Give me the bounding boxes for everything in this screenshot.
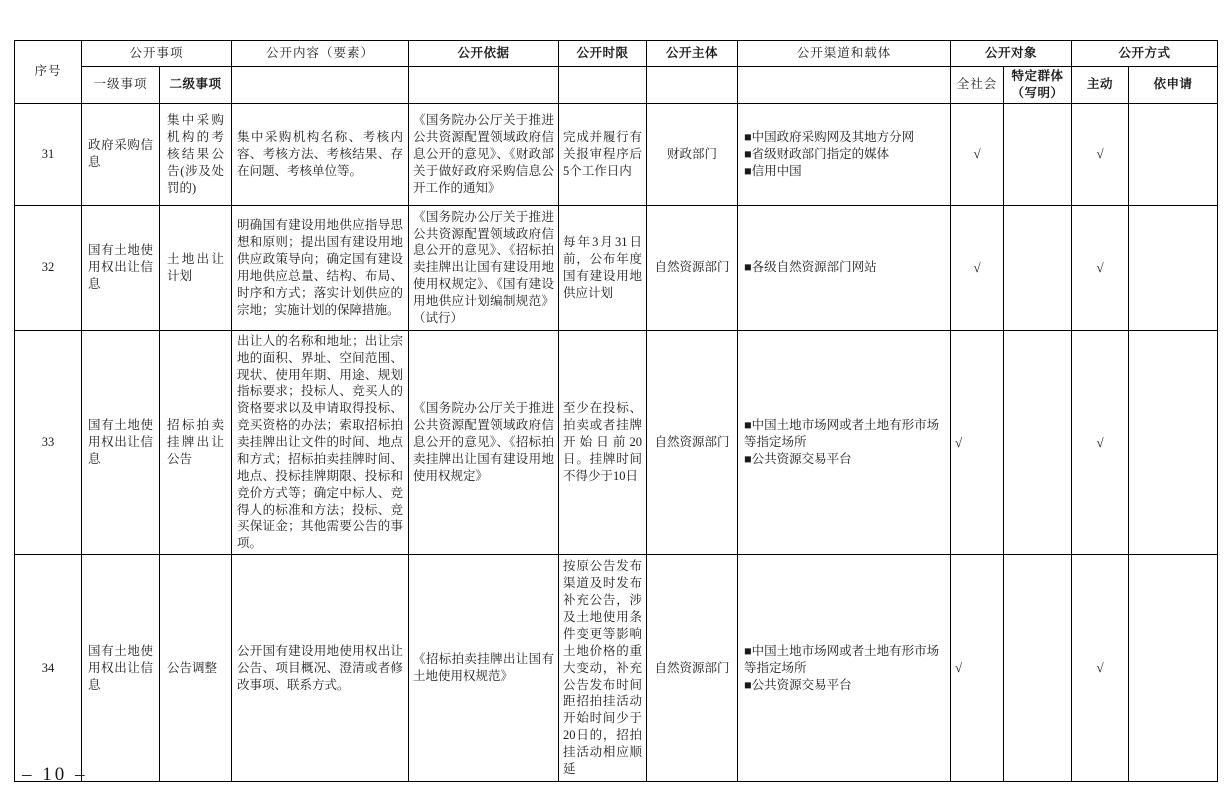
- header-method-request: 依申请: [1129, 67, 1218, 104]
- header-method-active: 主动: [1072, 67, 1129, 104]
- table-row: 31 政府采购信息 集中采购机构的考核结果公告(涉及处罚的) 集中采购机构名称、…: [15, 103, 1218, 205]
- cell-level2-item: 土地出让计划: [160, 205, 232, 330]
- document-page: 序号 公开事项 公开内容（要素） 公开依据 公开时限 公开主体 公开渠道和载体 …: [0, 0, 1231, 796]
- cell-method-active-checkmark: √: [1072, 555, 1129, 782]
- header-basis: 公开依据: [409, 41, 559, 67]
- channel-list: ■中国政府采购网及其地方分网■省级财政部门指定的媒体■信用中国: [744, 129, 942, 180]
- header-target-all: 全社会: [951, 67, 1004, 104]
- header-serial-number: 序号: [15, 41, 82, 104]
- table-header: 序号 公开事项 公开内容（要素） 公开依据 公开时限 公开主体 公开渠道和载体 …: [15, 41, 1218, 104]
- cell-target-specific: [1004, 330, 1072, 554]
- cell-channels: ■中国土地市场网或者土地有形市场等指定场所■公共资源交易平台: [738, 555, 951, 782]
- cell-serial-number: 31: [15, 103, 82, 205]
- cell-subject: 自然资源部门: [647, 555, 738, 782]
- cell-method-active-checkmark: √: [1072, 330, 1129, 554]
- channel-list: ■中国土地市场网或者土地有形市场等指定场所■公共资源交易平台: [744, 643, 942, 694]
- cell-level1-item: 国有土地使用权出让信息: [82, 330, 160, 554]
- channel-item: ■公共资源交易平台: [744, 451, 942, 468]
- header-target: 公开对象: [951, 41, 1072, 67]
- cell-level2-item: 公告调整: [160, 555, 232, 782]
- cell-basis: 《国务院办公厅关于推进公共资源配置领域政府信息公开的意见》、《招标拍卖挂牌出让国…: [409, 205, 559, 330]
- cell-basis: 《国务院办公厅关于推进公共资源配置领域政府信息公开的意见》、《财政部关于做好政府…: [409, 103, 559, 205]
- cell-subject: 自然资源部门: [647, 330, 738, 554]
- cell-channels: ■中国政府采购网及其地方分网■省级财政部门指定的媒体■信用中国: [738, 103, 951, 205]
- cell-serial-number: 32: [15, 205, 82, 330]
- header-row-2: 一级事项 二级事项 全社会 特定群体（写明） 主动 依申请: [15, 67, 1218, 104]
- cell-basis: 《招标拍卖挂牌出让国有土地使用权规范》: [409, 555, 559, 782]
- cell-method-request: [1129, 555, 1218, 782]
- channel-item: ■中国土地市场网或者土地有形市场等指定场所: [744, 417, 942, 451]
- cell-serial-number: 34: [15, 555, 82, 782]
- header-channels: 公开渠道和载体: [738, 41, 951, 67]
- header-level2: 二级事项: [160, 67, 232, 104]
- disclosure-table: 序号 公开事项 公开内容（要素） 公开依据 公开时限 公开主体 公开渠道和载体 …: [14, 40, 1218, 782]
- cell-content: 出让人的名称和地址；出让宗地的面积、界址、空间范围、现状、使用年期、用途、规划指…: [232, 330, 409, 554]
- cell-serial-number: 33: [15, 330, 82, 554]
- header-target-specific: 特定群体（写明）: [1004, 67, 1072, 104]
- cell-level2-item: 集中采购机构的考核结果公告(涉及处罚的): [160, 103, 232, 205]
- channel-list: ■中国土地市场网或者土地有形市场等指定场所■公共资源交易平台: [744, 417, 942, 468]
- header-disclosure-item: 公开事项: [82, 41, 232, 67]
- header-level1: 一级事项: [82, 67, 160, 104]
- cell-content: 明确国有建设用地供应指导思想和原则；提出国有建设用地供应政策导向；确定国有建设用…: [232, 205, 409, 330]
- cell-basis: 《国务院办公厅关于推进公共资源配置领域政府信息公开的意见》、《招标拍卖挂牌出让国…: [409, 330, 559, 554]
- header-empty-time-limit: [559, 67, 647, 104]
- cell-channels: ■各级自然资源部门网站: [738, 205, 951, 330]
- header-empty-content: [232, 67, 409, 104]
- page-number: – 10 –: [22, 764, 88, 786]
- cell-content: 集中采购机构名称、考核内容、考核方法、考核结果、存在问题、考核单位等。: [232, 103, 409, 205]
- cell-method-request: [1129, 330, 1218, 554]
- cell-target-specific: [1004, 103, 1072, 205]
- cell-level1-item: 国有土地使用权出让信息: [82, 205, 160, 330]
- header-empty-channels: [738, 67, 951, 104]
- cell-target-all-checkmark: √: [951, 205, 1004, 330]
- cell-time-limit: 按原公告发布渠道及时发布补充公告，涉及土地使用条件变更等影响土地价格的重大变动，…: [559, 555, 647, 782]
- cell-target-specific: [1004, 555, 1072, 782]
- cell-time-limit: 完成并履行有关报审程序后5个工作日内: [559, 103, 647, 205]
- header-content: 公开内容（要素）: [232, 41, 409, 67]
- table-row: 34 国有土地使用权出让信息 公告调整 公开国有建设用地使用权出让公告、项目概况…: [15, 555, 1218, 782]
- channel-item: ■中国土地市场网或者土地有形市场等指定场所: [744, 643, 942, 677]
- cell-method-active-checkmark: √: [1072, 205, 1129, 330]
- cell-method-request: [1129, 103, 1218, 205]
- cell-target-specific: [1004, 205, 1072, 330]
- cell-time-limit: 至少在投标、拍卖或者挂牌开始日前20日。挂牌时间不得少于10日: [559, 330, 647, 554]
- channel-item: ■中国政府采购网及其地方分网: [744, 129, 942, 146]
- header-row-1: 序号 公开事项 公开内容（要素） 公开依据 公开时限 公开主体 公开渠道和载体 …: [15, 41, 1218, 67]
- channel-item: ■省级财政部门指定的媒体: [744, 146, 942, 163]
- header-empty-basis: [409, 67, 559, 104]
- cell-target-all-checkmark: √: [951, 330, 1004, 554]
- cell-level2-item: 招标拍卖挂牌出让公告: [160, 330, 232, 554]
- cell-method-request: [1129, 205, 1218, 330]
- cell-target-all-checkmark: √: [951, 103, 1004, 205]
- header-time-limit: 公开时限: [559, 41, 647, 67]
- cell-subject: 财政部门: [647, 103, 738, 205]
- channel-item: ■信用中国: [744, 163, 942, 180]
- header-method: 公开方式: [1072, 41, 1218, 67]
- cell-level1-item: 国有土地使用权出让信息: [82, 555, 160, 782]
- header-subject: 公开主体: [647, 41, 738, 67]
- cell-channels: ■中国土地市场网或者土地有形市场等指定场所■公共资源交易平台: [738, 330, 951, 554]
- table-body: 31 政府采购信息 集中采购机构的考核结果公告(涉及处罚的) 集中采购机构名称、…: [15, 103, 1218, 781]
- channel-item: ■公共资源交易平台: [744, 677, 942, 694]
- cell-content: 公开国有建设用地使用权出让公告、项目概况、澄清或者修改事项、联系方式。: [232, 555, 409, 782]
- table-row: 32 国有土地使用权出让信息 土地出让计划 明确国有建设用地供应指导思想和原则；…: [15, 205, 1218, 330]
- cell-time-limit: 每年3月31日前，公布年度国有建设用地供应计划: [559, 205, 647, 330]
- cell-target-all-checkmark: √: [951, 555, 1004, 782]
- cell-method-active-checkmark: √: [1072, 103, 1129, 205]
- channel-item: ■各级自然资源部门网站: [744, 259, 942, 276]
- table-row: 33 国有土地使用权出让信息 招标拍卖挂牌出让公告 出让人的名称和地址；出让宗地…: [15, 330, 1218, 554]
- header-empty-subject: [647, 67, 738, 104]
- channel-list: ■各级自然资源部门网站: [744, 259, 942, 276]
- cell-level1-item: 政府采购信息: [82, 103, 160, 205]
- cell-subject: 自然资源部门: [647, 205, 738, 330]
